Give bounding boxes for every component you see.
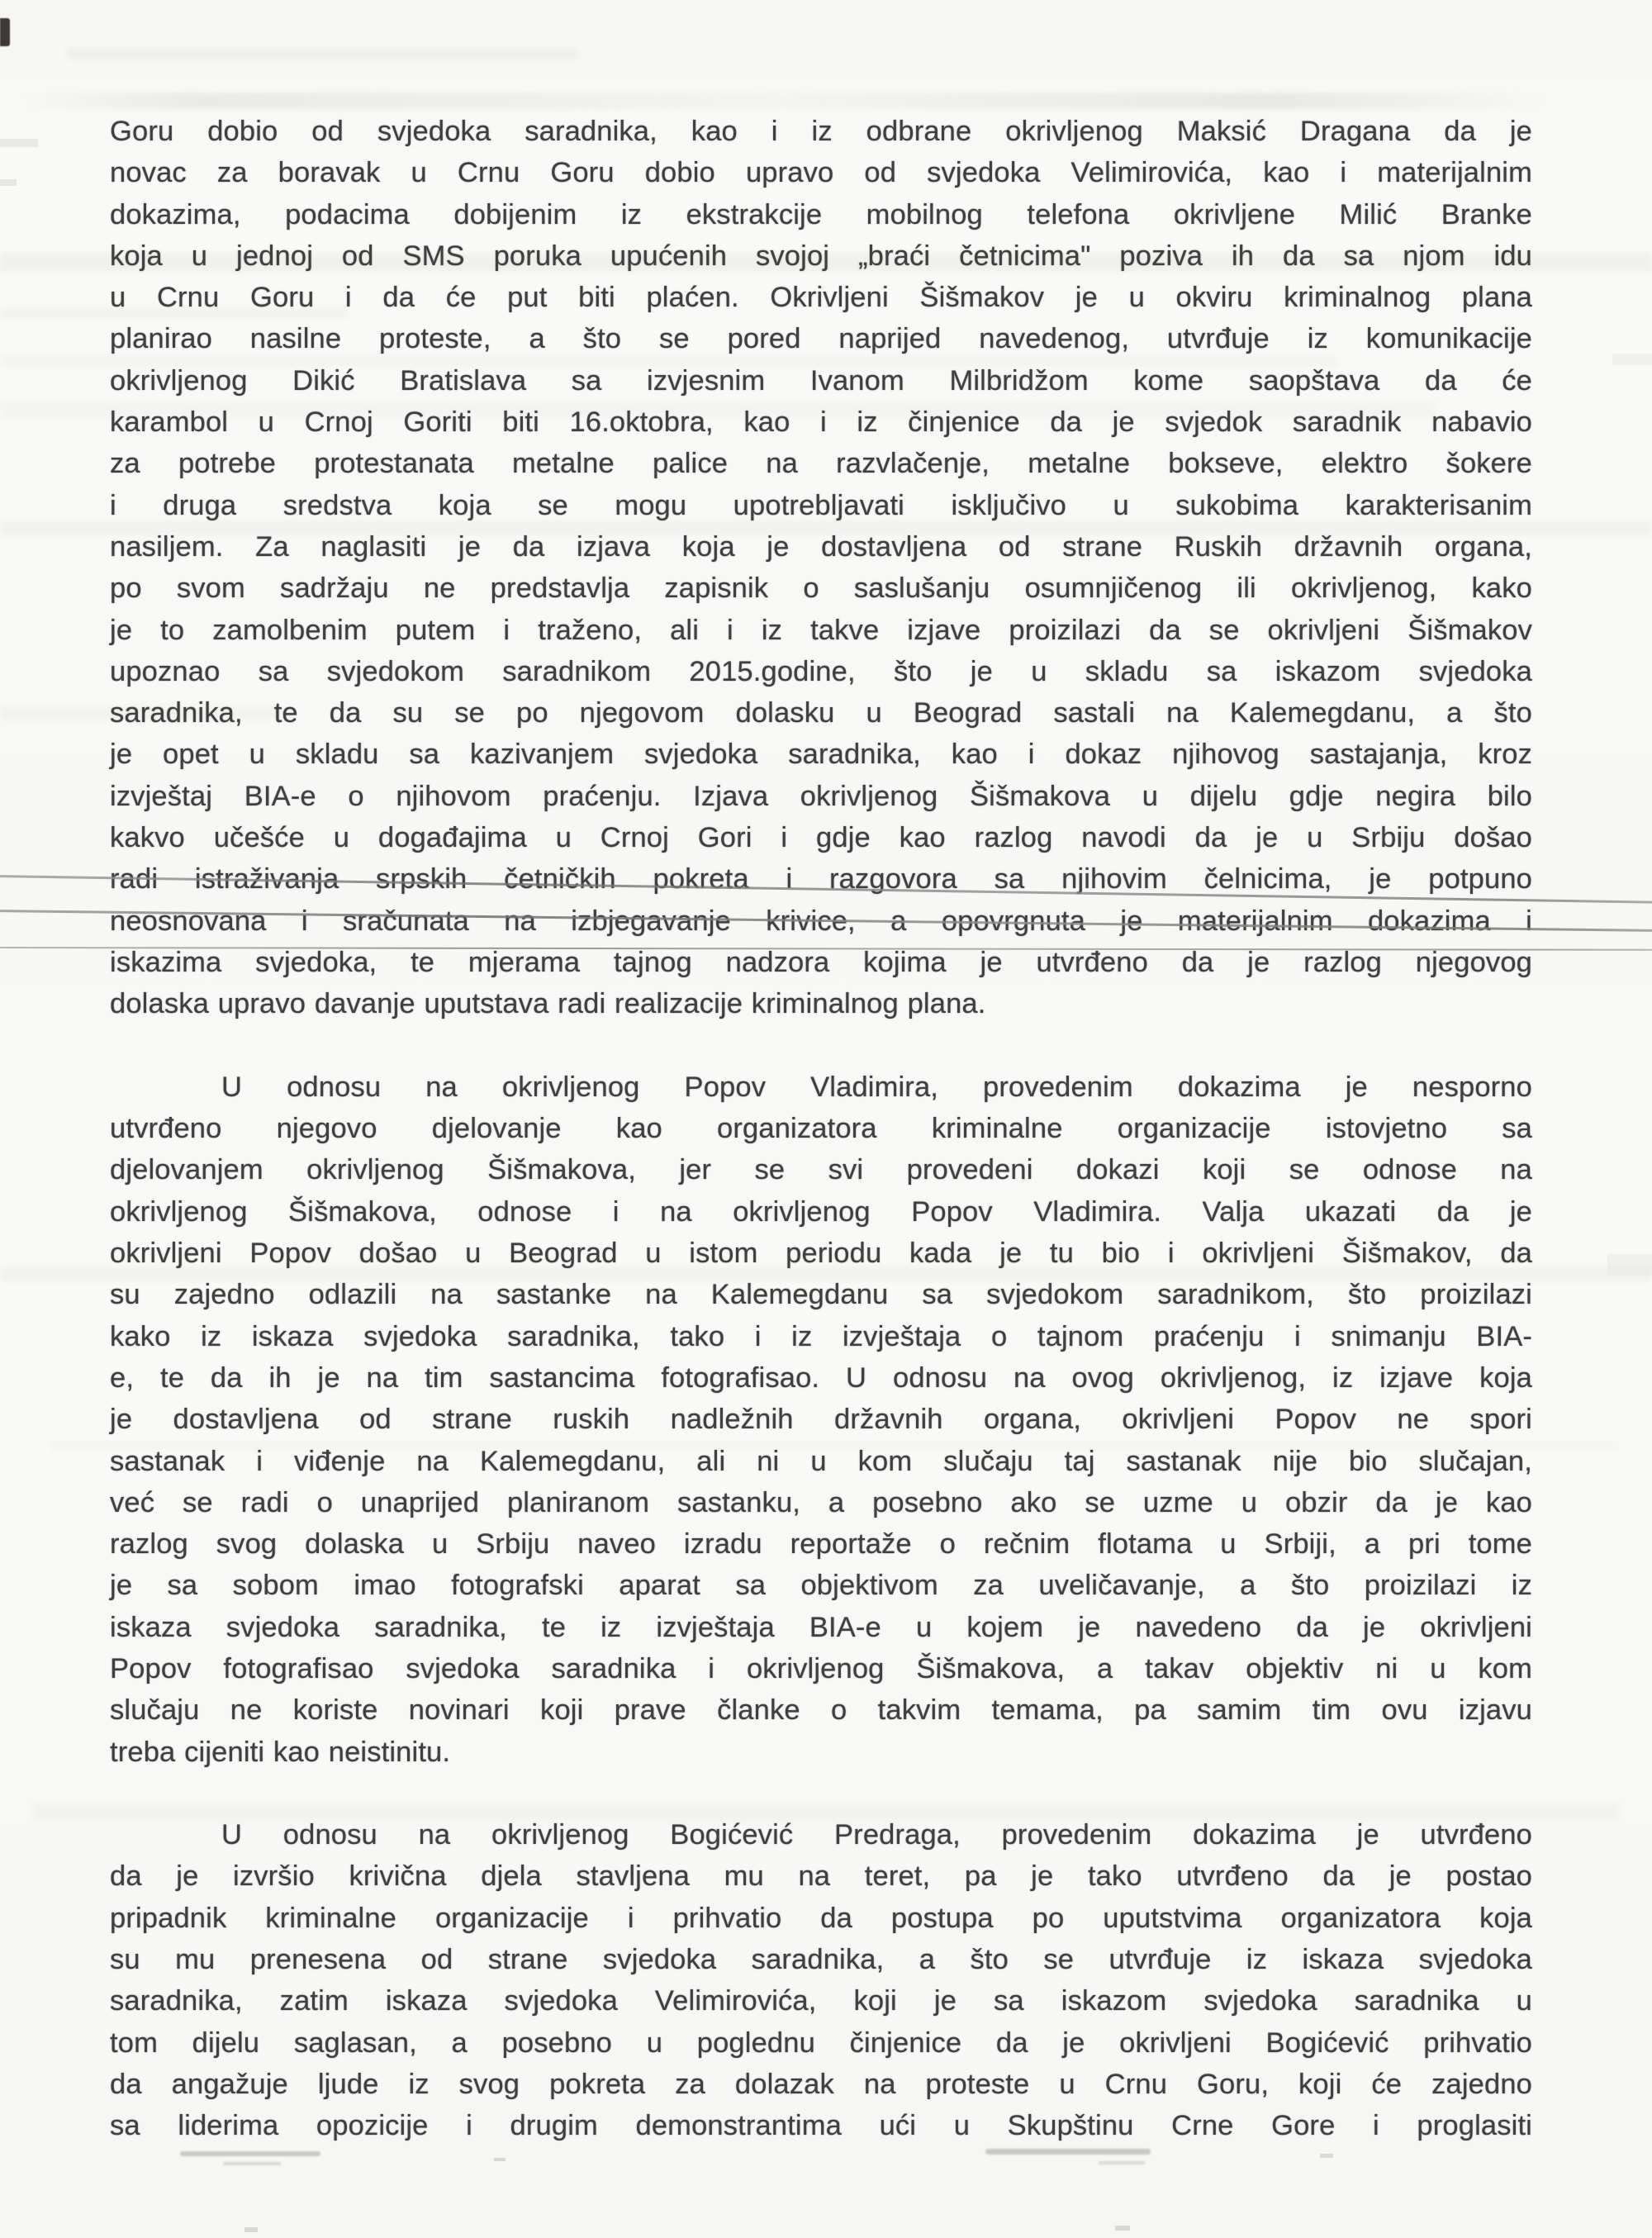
text-line: u Crnu Goru i da će put biti plaćen. Okr…	[110, 277, 1532, 318]
text-line: da je izvršio krivična djela stavljena m…	[110, 1855, 1532, 1897]
text-line: kako iz iskaza svjedoka saradnika, tako …	[110, 1316, 1532, 1357]
text-line: karambol u Crnoj Goriti biti 16.oktobra,…	[110, 402, 1532, 443]
text-line: razlog svog dolaska u Srbiju naveo izrad…	[110, 1523, 1532, 1565]
text-line: tom dijelu saglasan, a posebno u pogledn…	[110, 2022, 1532, 2064]
paragraph: Goru dobio od svjedoka saradnika, kao i …	[110, 111, 1532, 1025]
text-line: U odnosu na okrivljenog Bogićević Predra…	[110, 1814, 1532, 1855]
text-line: dokazima, podacima dobijenim iz ekstrakc…	[110, 194, 1532, 235]
text-line: okrivljenog Šišmakova, odnose i na okriv…	[110, 1191, 1532, 1233]
page-edge-smudge	[0, 179, 17, 186]
text-line: kakvo učešće u događajima u Crnoj Gori i…	[110, 817, 1532, 858]
text-line: su zajedno odlazili na sastanke na Kalem…	[110, 1274, 1532, 1315]
text-line: je dostavljena od strane ruskih nadležni…	[110, 1399, 1532, 1440]
paragraph: U odnosu na okrivljenog Popov Vladimira,…	[110, 1067, 1532, 1773]
text-line: sa liderima opozicije i drugim demonstra…	[110, 2105, 1532, 2146]
text-line: U odnosu na okrivljenog Popov Vladimira,…	[110, 1067, 1532, 1108]
text-line: planirao nasilne proteste, a što se pore…	[110, 318, 1532, 359]
text-line: saradnika, zatim iskaza svjedoka Velimir…	[110, 1980, 1532, 2022]
scan-smudge	[223, 2162, 281, 2165]
text-line: po svom sadržaju ne predstavlja zapisnik…	[110, 568, 1532, 609]
scan-smudge	[1320, 2154, 1333, 2158]
scan-smudge-band	[66, 48, 578, 59]
text-line: saradnika, te da su se po njegovom dolas…	[110, 692, 1532, 734]
text-line: okrivljenog Dikić Bratislava sa izvjesni…	[110, 360, 1532, 402]
text-line: su mu prenesena od strane svjedoka sarad…	[110, 1939, 1532, 1980]
text-line: nasiljem. Za naglasiti je da izjava koja…	[110, 526, 1532, 568]
text-line: pripadnik kriminalne organizacije i prih…	[110, 1898, 1532, 1939]
text-line: radi istraživanja srpskih četničkih pokr…	[110, 858, 1532, 900]
text-line: je sa sobom imao fotografski aparat sa o…	[110, 1565, 1532, 1606]
text-line: za potrebe protestanata metalne palice n…	[110, 443, 1532, 484]
scan-smudge	[180, 2151, 320, 2156]
text-line: dolaska upravo davanje uputstava radi re…	[110, 983, 1532, 1024]
text-line: Popov fotografisao svjedoka saradnika i …	[110, 1648, 1532, 1689]
text-line: iskaza svjedoka saradnika, te iz izvješt…	[110, 1607, 1532, 1648]
text-line: neosnovana i sračunata na izbjegavanje k…	[110, 900, 1532, 942]
text-line: sastanak i viđenje na Kalemegdanu, ali n…	[110, 1441, 1532, 1482]
text-line: je to zamolbenim putem i traženo, ali i …	[110, 610, 1532, 651]
text-line: djelovanjem okrivljenog Šišmakova, jer s…	[110, 1149, 1532, 1190]
scan-smudge	[244, 2227, 258, 2232]
scanned-document-text: Goru dobio od svjedoka saradnika, kao i …	[110, 111, 1532, 2147]
scan-smudge	[1115, 2226, 1130, 2231]
page-edge-smudge	[0, 139, 38, 147]
text-line: već se radi o unaprijed planiranom sasta…	[110, 1482, 1532, 1523]
text-line: novac za boravak u Crnu Goru dobio uprav…	[110, 152, 1532, 193]
page-edge-smudge	[1612, 354, 1652, 365]
text-line: okrivljeni Popov došao u Beograd u istom…	[110, 1233, 1532, 1274]
text-line: izvještaj BIA-e o njihovom praćenju. Izj…	[110, 776, 1532, 817]
paragraph: U odnosu na okrivljenog Bogićević Predra…	[110, 1814, 1532, 2146]
scan-corner-mark	[0, 18, 10, 46]
scan-smudge	[985, 2149, 1151, 2155]
text-line: treba cijeniti kao neistinitu.	[110, 1732, 1532, 1773]
scan-smudge	[1099, 2161, 1145, 2164]
text-line: e, te da ih je na tim sastancima fotogra…	[110, 1357, 1532, 1399]
scan-smudge-band	[17, 93, 1553, 109]
text-line: i druga sredstva koja se mogu upotreblja…	[110, 485, 1532, 526]
text-line: je opet u skladu sa kazivanjem svjedoka …	[110, 734, 1532, 775]
text-line: iskazima svjedoka, te mjerama tajnog nad…	[110, 942, 1532, 983]
text-line: upoznao sa svjedokom saradnikom 2015.god…	[110, 651, 1532, 692]
page-edge-smudge	[1607, 1254, 1652, 1276]
text-line: Goru dobio od svjedoka saradnika, kao i …	[110, 111, 1532, 152]
scan-smudge	[494, 2158, 506, 2161]
text-line: utvrđeno njegovo djelovanje kao organiza…	[110, 1108, 1532, 1149]
text-line: slučaju ne koriste novinari koji prave č…	[110, 1689, 1532, 1731]
text-line: koja u jednoj od SMS poruka upućenih svo…	[110, 235, 1532, 277]
text-line: da angažuje ljude iz svog pokreta za dol…	[110, 2064, 1532, 2105]
